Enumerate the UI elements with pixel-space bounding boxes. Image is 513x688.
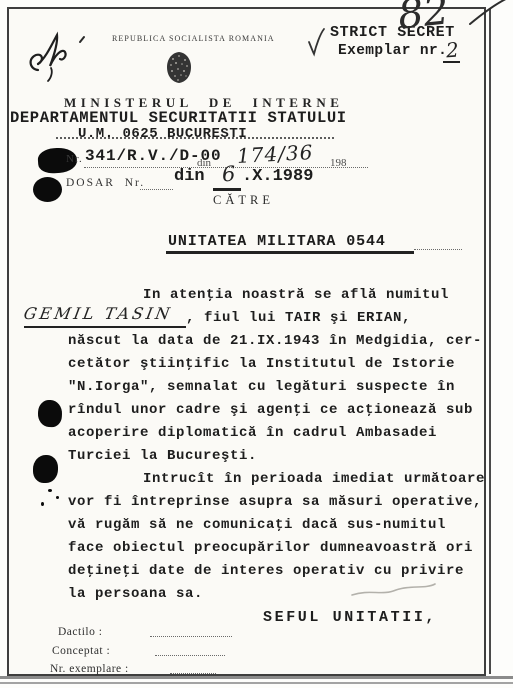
scanned-document: REPUBLICA SOCIALISTA ROMANIA STRICT SECR… — [0, 0, 513, 688]
footer-nr-exemplare-label: Nr. exemplare : — [50, 663, 129, 675]
republic-title: REPUBLICA SOCIALISTA ROMANIA — [112, 34, 275, 43]
scan-edge-bottom-line2 — [0, 682, 513, 684]
body-line: In atenţia noastră se află numitul — [143, 287, 449, 303]
redaction-mark — [33, 455, 58, 483]
date-din-typed: din — [174, 167, 205, 186]
body-line: vor fi întreprinse asupra sa măsuri oper… — [68, 494, 482, 510]
body-line: face obiectul preocupărilor dumneavoastr… — [68, 540, 473, 556]
date-day-underline — [213, 188, 241, 191]
body-line: "N.Iorga", semnalat cu legături suspecte… — [68, 379, 455, 395]
nr-handwritten-value: 174/36 — [236, 140, 314, 168]
date-rest-typed: .X.1989 — [242, 167, 313, 186]
handwritten-name: GEMIL TASIN — [24, 304, 186, 328]
body-line: acoperire diplomatică în cadrul Ambasade… — [68, 425, 437, 441]
body-line: cetător ştiinţific la Institutul de Isto… — [68, 356, 455, 372]
body-line: rîndul unor cadre şi agenţi ce acţioneaz… — [68, 402, 473, 418]
nr-label: Nr. — [66, 153, 83, 165]
ink-speck — [48, 489, 52, 492]
scan-edge-bottom-line1 — [0, 676, 513, 679]
nr-year-printed: 198 — [330, 157, 347, 169]
footer-conceptat-label: Conceptat : — [52, 645, 110, 657]
handwritten-page-number: 82 — [396, 0, 451, 39]
pencil-squiggle — [350, 580, 438, 600]
footer-conceptat-dots — [155, 655, 225, 656]
body-line: născut la data de 21.IX.1943 în Medgidia… — [68, 333, 482, 349]
body-line: la persoana sa. — [68, 586, 203, 602]
handwritten-name-text: GEMIL TASIN — [22, 304, 174, 323]
corner-pen-stroke — [468, 0, 513, 26]
body-line: , fiul lui TAIR şi ERIAN, — [186, 310, 411, 326]
unit-title: U.M. 0625 BUCURESTI — [78, 126, 247, 142]
ink-speck — [41, 502, 44, 506]
signature-title: SEFUL UNITATII, — [263, 609, 437, 626]
body-line: Turciei la Bucureşti. — [68, 448, 257, 464]
dosar-dotted-rule — [140, 189, 173, 190]
recipient-dotted-leader — [414, 249, 462, 250]
exemplar-number-handwritten: 2 — [445, 38, 459, 63]
state-emblem-icon — [164, 51, 194, 84]
redaction-mark — [37, 399, 62, 427]
body-line: Intrucît în perioada imediat următoare — [143, 471, 485, 487]
exemplar-label: Exemplar nr. — [338, 43, 447, 59]
recipient-title: UNITATEA MILITARA 0544 — [168, 233, 386, 250]
ink-speck — [56, 496, 59, 499]
dosar-label: DOSAR Nr. — [66, 177, 145, 189]
exemplar-number-underline — [443, 61, 460, 63]
footer-dactilo-dots — [150, 636, 232, 637]
body-line: vă rugăm să ne comunicaţi dacă sus-numit… — [68, 517, 446, 533]
catre-label: CĂTRE — [213, 193, 274, 208]
date-day-handwritten: 6 — [221, 162, 236, 187]
body-line: deţineţi date de interes operativ cu pri… — [68, 563, 464, 579]
handwritten-initials-mark — [24, 28, 88, 84]
department-title: DEPARTAMENTUL SECURITATII STATULUI — [10, 109, 347, 127]
checkmark-icon — [306, 27, 326, 57]
footer-nr-exemplare-dots — [170, 673, 216, 674]
scan-edge-vertical — [489, 8, 491, 674]
recipient-underline — [166, 251, 414, 254]
redaction-mark — [33, 177, 62, 202]
footer-dactilo-label: Dactilo : — [58, 626, 102, 638]
